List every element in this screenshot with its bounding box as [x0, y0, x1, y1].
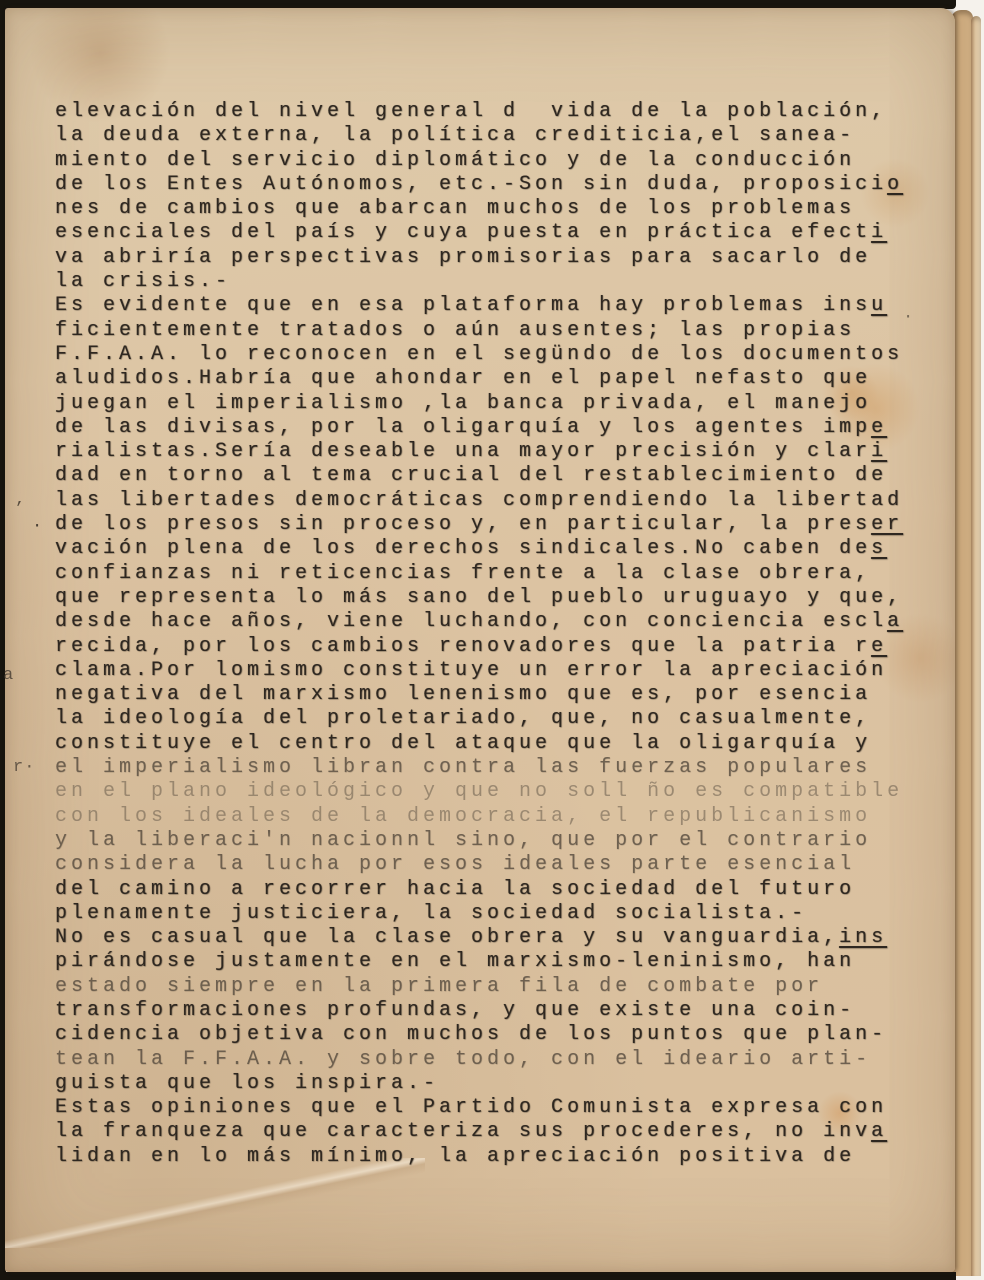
underlined-syllable: e	[871, 635, 887, 658]
text-line: aludidos.Habría que ahondar en el papel …	[55, 367, 935, 391]
text-line: vación plena de los derechos sindicales.…	[55, 537, 935, 561]
underlined-syllable: u	[871, 294, 887, 317]
text-line: cidencia objetiva con muchos de los punt…	[55, 1023, 935, 1047]
text-line: guista que los inspira.-	[55, 1072, 935, 1096]
text-line: Es evidente que en esa plataforma hay pr…	[55, 294, 935, 318]
text-line: estado siempre en la primera fila de com…	[55, 975, 935, 999]
underlined-syllable: s	[871, 537, 887, 560]
stray-ink-mark: a	[3, 666, 14, 685]
underlined-syllable: a	[871, 1120, 887, 1143]
text-line: ficientemente tratados o aún ausentes; l…	[55, 319, 935, 343]
text-line: de los presos sin proceso y, en particul…	[55, 513, 935, 537]
text-line: constituye el centro del ataque que la o…	[55, 732, 935, 756]
text-line: de los Entes Autónomos, etc.-Son sin dud…	[55, 173, 935, 197]
text-line: miento del servicio diplomático y de la …	[55, 149, 935, 173]
text-line: nes de cambios que abarcan muchos de los…	[55, 197, 935, 221]
stray-ink-mark: ·	[903, 308, 914, 327]
text-line: plenamente justiciera, la sociedad socia…	[55, 902, 935, 926]
text-line: de las divisas, por la oligarquía y los …	[55, 416, 935, 440]
stray-ink-mark: ·	[32, 517, 43, 536]
underlined-syllable: o	[887, 173, 903, 196]
underlined-syllable: a	[887, 610, 903, 633]
text-line: en el plano ideológico y que no soll ño …	[55, 780, 935, 804]
text-line: del camino a recorrer hacia la sociedad …	[55, 878, 935, 902]
text-line: dad en torno al tema crucial del restabl…	[55, 464, 935, 488]
text-line: la ideología del proletariado, que, no c…	[55, 707, 935, 731]
text-line: considera la lucha por esos ideales part…	[55, 853, 935, 877]
text-line: va abriría perspectivas promisorias para…	[55, 246, 935, 270]
text-line: y la liberaci'n nacionnl sino, que por e…	[55, 829, 935, 853]
typewritten-text: elevación del nivel general d vida de la…	[55, 100, 935, 1169]
underlined-syllable: er	[871, 513, 903, 536]
text-line: esenciales del país y cuya puesta en prá…	[55, 221, 935, 245]
text-line: confianzas ni reticencias frente a la cl…	[55, 562, 935, 586]
text-line: recida, por los cambios renovadores que …	[55, 635, 935, 659]
text-line: Estas opiniones que el Partido Comunista…	[55, 1096, 935, 1120]
text-line: las libertades democráticas comprendiend…	[55, 489, 935, 513]
stray-ink-mark: r·	[13, 758, 35, 777]
text-line: juegan el imperialismo ,la banca privada…	[55, 392, 935, 416]
underlying-page-edge-outer	[971, 16, 981, 1276]
text-line: F.F.A.A. lo reconocen en el segündo de l…	[55, 343, 935, 367]
scan-shadow-bottom	[0, 1272, 956, 1280]
text-line: el imperialismo libran contra las fuerza…	[55, 756, 935, 780]
stray-ink-mark: ’	[14, 500, 25, 519]
text-line: la deuda externa, la política crediticia…	[55, 124, 935, 148]
text-line: la crisis.-	[55, 270, 935, 294]
text-line: No es casual que la clase obrera y su va…	[55, 926, 935, 950]
text-line: negativa del marxismo lenenismo que es, …	[55, 683, 935, 707]
underlined-syllable: i	[871, 440, 887, 463]
underlined-syllable: i	[871, 221, 887, 244]
text-line: la franqueza que caracteriza sus procede…	[55, 1120, 935, 1144]
underlined-syllable: ins	[839, 926, 887, 949]
text-line: lidan en lo más mínimo, la apreciación p…	[55, 1145, 935, 1169]
text-line: tean la F.F.A.A. y sobre todo, con el id…	[55, 1048, 935, 1072]
scanned-document-page: elevación del nivel general d vida de la…	[0, 0, 984, 1280]
underlined-syllable: e	[871, 416, 887, 439]
text-line: pirándose justamente en el marxismo-leni…	[55, 950, 935, 974]
text-line: elevación del nivel general d vida de la…	[55, 100, 935, 124]
paper-crease	[5, 1158, 425, 1248]
text-line: que representa lo más sano del pueblo ur…	[55, 586, 935, 610]
paper-sheet: elevación del nivel general d vida de la…	[5, 8, 955, 1272]
text-line: con los ideales de la democracia, el rep…	[55, 805, 935, 829]
text-line: clama.Por lomismo constituye un error la…	[55, 659, 935, 683]
text-line: desde hace años, viene luchando, con con…	[55, 610, 935, 634]
text-line: rialistas.Sería deseable una mayor preci…	[55, 440, 935, 464]
text-line: transformaciones profundas, y que existe…	[55, 999, 935, 1023]
